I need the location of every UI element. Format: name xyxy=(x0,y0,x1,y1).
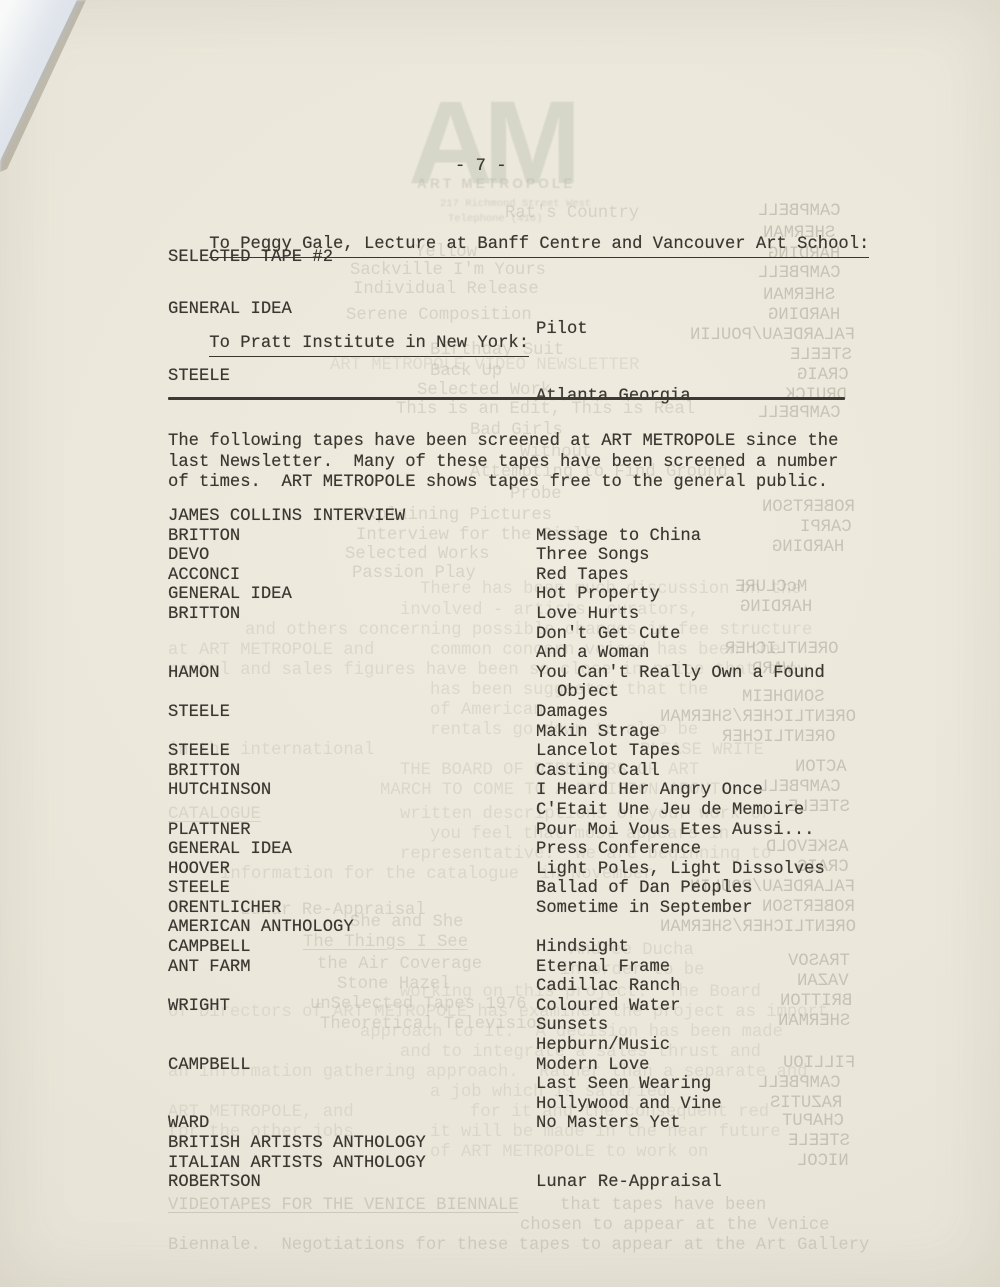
artist-name: HUTCHINSON xyxy=(168,781,271,801)
tape-title: Press Conference xyxy=(536,840,701,860)
tape-title: Object xyxy=(557,683,619,703)
artist-name: PLATTNER xyxy=(168,821,251,841)
showthrough-text: that tapes have been xyxy=(560,1196,766,1216)
screened-row: BRITTONCasting Call xyxy=(168,762,845,782)
screened-row: Hepburn/Music xyxy=(168,1036,845,1056)
artist-name: GENERAL IDEA xyxy=(168,585,292,605)
intro-paragraph: The following tapes have been screened a… xyxy=(168,432,838,494)
artist-name: CAMPBELL xyxy=(168,938,251,958)
tape-title: Modern Love xyxy=(536,1056,649,1076)
screened-row: ITALIAN ARTISTS ANTHOLOGY xyxy=(168,1154,845,1174)
tape-title: Sunsets xyxy=(536,1016,608,1036)
tape-title: Hollywood and Vine xyxy=(536,1095,722,1115)
tape-title: Pour Moi Vous Etes Aussi... xyxy=(536,821,814,841)
selected-tape-label: SELECTED TAPE #2 xyxy=(168,248,333,268)
showthrough-text: chosen to appear at the Venice xyxy=(520,1216,829,1236)
tape-title: Three Songs xyxy=(536,546,649,566)
tape-title: Damages xyxy=(536,703,608,723)
artist-name: DEVO xyxy=(168,546,209,566)
screened-row: Sunsets xyxy=(168,1016,845,1036)
tape-title: No Masters Yet xyxy=(536,1114,680,1134)
artist-name: STEELE xyxy=(168,879,230,899)
showthrough-text: Biennale. Negotiations for these tapes t… xyxy=(168,1236,869,1256)
artist-name: BRITTON xyxy=(168,605,240,625)
screened-row: Makin Strage xyxy=(168,723,845,743)
screened-row: BRITTONLove Hurts xyxy=(168,605,845,625)
page-number: - 7 - xyxy=(455,157,507,177)
tape-row: STEELE Atlanta Georgia xyxy=(168,347,845,427)
screened-row: ROBERTSONLunar Re-Appraisal xyxy=(168,1173,845,1193)
artist-name: ORENTLICHER xyxy=(168,899,281,919)
artist-name: ROBERTSON xyxy=(168,1173,261,1193)
artist-name: HOOVER xyxy=(168,860,230,880)
screened-row: HUTCHINSONI Heard Her Angry Once xyxy=(168,781,845,801)
artist-name: STEELE xyxy=(168,367,230,387)
tape-title: Message to China xyxy=(536,527,701,547)
screened-row: ACCONCIRed Tapes xyxy=(168,566,845,586)
tape-title: Hot Property xyxy=(536,585,660,605)
tape-title: And a Woman xyxy=(536,644,649,664)
screened-row: ORENTLICHERSometime in September xyxy=(168,899,845,919)
screened-row: Cadillac Ranch xyxy=(168,977,845,997)
artist-name: CAMPBELL xyxy=(168,1056,251,1076)
artist-name: GENERAL IDEA xyxy=(168,840,292,860)
tape-title: C'Etait Une Jeu de Memoire xyxy=(536,801,804,821)
tape-title: Pilot xyxy=(536,320,588,340)
artist-name: ANT FARM xyxy=(168,958,251,978)
screened-row: WRIGHTColoured Water xyxy=(168,997,845,1017)
screened-row: Last Seen Wearing xyxy=(168,1075,845,1095)
folded-corner xyxy=(0,0,110,185)
artist-name: BRITISH ARTISTS ANTHOLOGY xyxy=(168,1134,426,1154)
screened-row: GENERAL IDEAHot Property xyxy=(168,585,845,605)
artist-name: STEELE xyxy=(168,742,230,762)
tape-title: Light Poles, Light Dissolves xyxy=(536,860,825,880)
screened-row: HAMONYou Can't Really Own a Found xyxy=(168,664,845,684)
tape-title: You Can't Really Own a Found xyxy=(536,664,825,684)
screened-row: BRITISH ARTISTS ANTHOLOGY xyxy=(168,1134,845,1154)
tape-title: Cadillac Ranch xyxy=(536,977,680,997)
tape-title: Don't Get Cute xyxy=(536,625,680,645)
screened-row: AMERICAN ANTHOLOGY xyxy=(168,918,845,938)
screened-row: CAMPBELLHindsight xyxy=(168,938,845,958)
tape-title: Hindsight xyxy=(536,938,629,958)
screened-row: PLATTNERPour Moi Vous Etes Aussi... xyxy=(168,821,845,841)
tape-title: Coloured Water xyxy=(536,997,680,1017)
artist-name: WRIGHT xyxy=(168,997,230,1017)
section-heading-peggy-gale: To Peggy Gale, Lecture at Banff Centre a… xyxy=(168,215,869,278)
artist-name: BRITTON xyxy=(168,762,240,782)
artist-name: WARD xyxy=(168,1114,209,1134)
screened-row: C'Etait Une Jeu de Memoire xyxy=(168,801,845,821)
tape-title: Eternal Frame xyxy=(536,958,670,978)
screened-row: Object xyxy=(168,683,845,703)
artist-name: ACCONCI xyxy=(168,566,240,586)
tape-title: I Heard Her Angry Once xyxy=(536,781,763,801)
artist-name: STEELE xyxy=(168,703,230,723)
screened-row: STEELEDamages xyxy=(168,703,845,723)
showthrough-text: VIDEOTAPES FOR THE VENICE BIENNALE xyxy=(168,1196,519,1216)
screened-row: HOOVERLight Poles, Light Dissolves xyxy=(168,860,845,880)
tape-title: Lancelot Tapes xyxy=(536,742,680,762)
screened-row: BRITTONMessage to China xyxy=(168,527,845,547)
art-metropole-watermark: ART METROPOLE xyxy=(417,176,576,191)
screened-row: ANT FARMEternal Frame xyxy=(168,958,845,978)
tape-title: Casting Call xyxy=(536,762,660,782)
artist-name: JAMES COLLINS INTERVIEW xyxy=(168,507,405,527)
tape-title: Sometime in September xyxy=(536,899,753,919)
screened-row: GENERAL IDEAPress Conference xyxy=(168,840,845,860)
document-page: AM ART METROPOLE 217 Richmond Street Wes… xyxy=(0,0,1000,1287)
tape-title: Last Seen Wearing xyxy=(536,1075,711,1095)
tape-title: Ballad of Dan Peoples xyxy=(536,879,753,899)
artist-name: AMERICAN ANTHOLOGY xyxy=(168,918,354,938)
tape-title: Hepburn/Music xyxy=(536,1036,670,1056)
screened-row: JAMES COLLINS INTERVIEW xyxy=(168,507,845,527)
tape-title: Makin Strage xyxy=(536,723,660,743)
screened-row: And a Woman xyxy=(168,644,845,664)
screened-row: Hollywood and Vine xyxy=(168,1095,845,1115)
screened-row: Don't Get Cute xyxy=(168,625,845,645)
screened-row: WARDNo Masters Yet xyxy=(168,1114,845,1134)
screened-tapes-list: JAMES COLLINS INTERVIEWBRITTONMessage to… xyxy=(168,507,845,1193)
tape-title: Love Hurts xyxy=(536,605,639,625)
screened-row: STEELELancelot Tapes xyxy=(168,742,845,762)
artist-name: ITALIAN ARTISTS ANTHOLOGY xyxy=(168,1154,426,1174)
artist-name: BRITTON xyxy=(168,527,240,547)
screened-row: CAMPBELLModern Love xyxy=(168,1056,845,1076)
tape-title: Lunar Re-Appraisal xyxy=(536,1173,722,1193)
screened-row: DEVOThree Songs xyxy=(168,546,845,566)
tape-title: Red Tapes xyxy=(536,566,629,586)
horizontal-rule xyxy=(168,397,845,400)
screened-row: STEELEBallad of Dan Peoples xyxy=(168,879,845,899)
artist-name: HAMON xyxy=(168,664,220,684)
